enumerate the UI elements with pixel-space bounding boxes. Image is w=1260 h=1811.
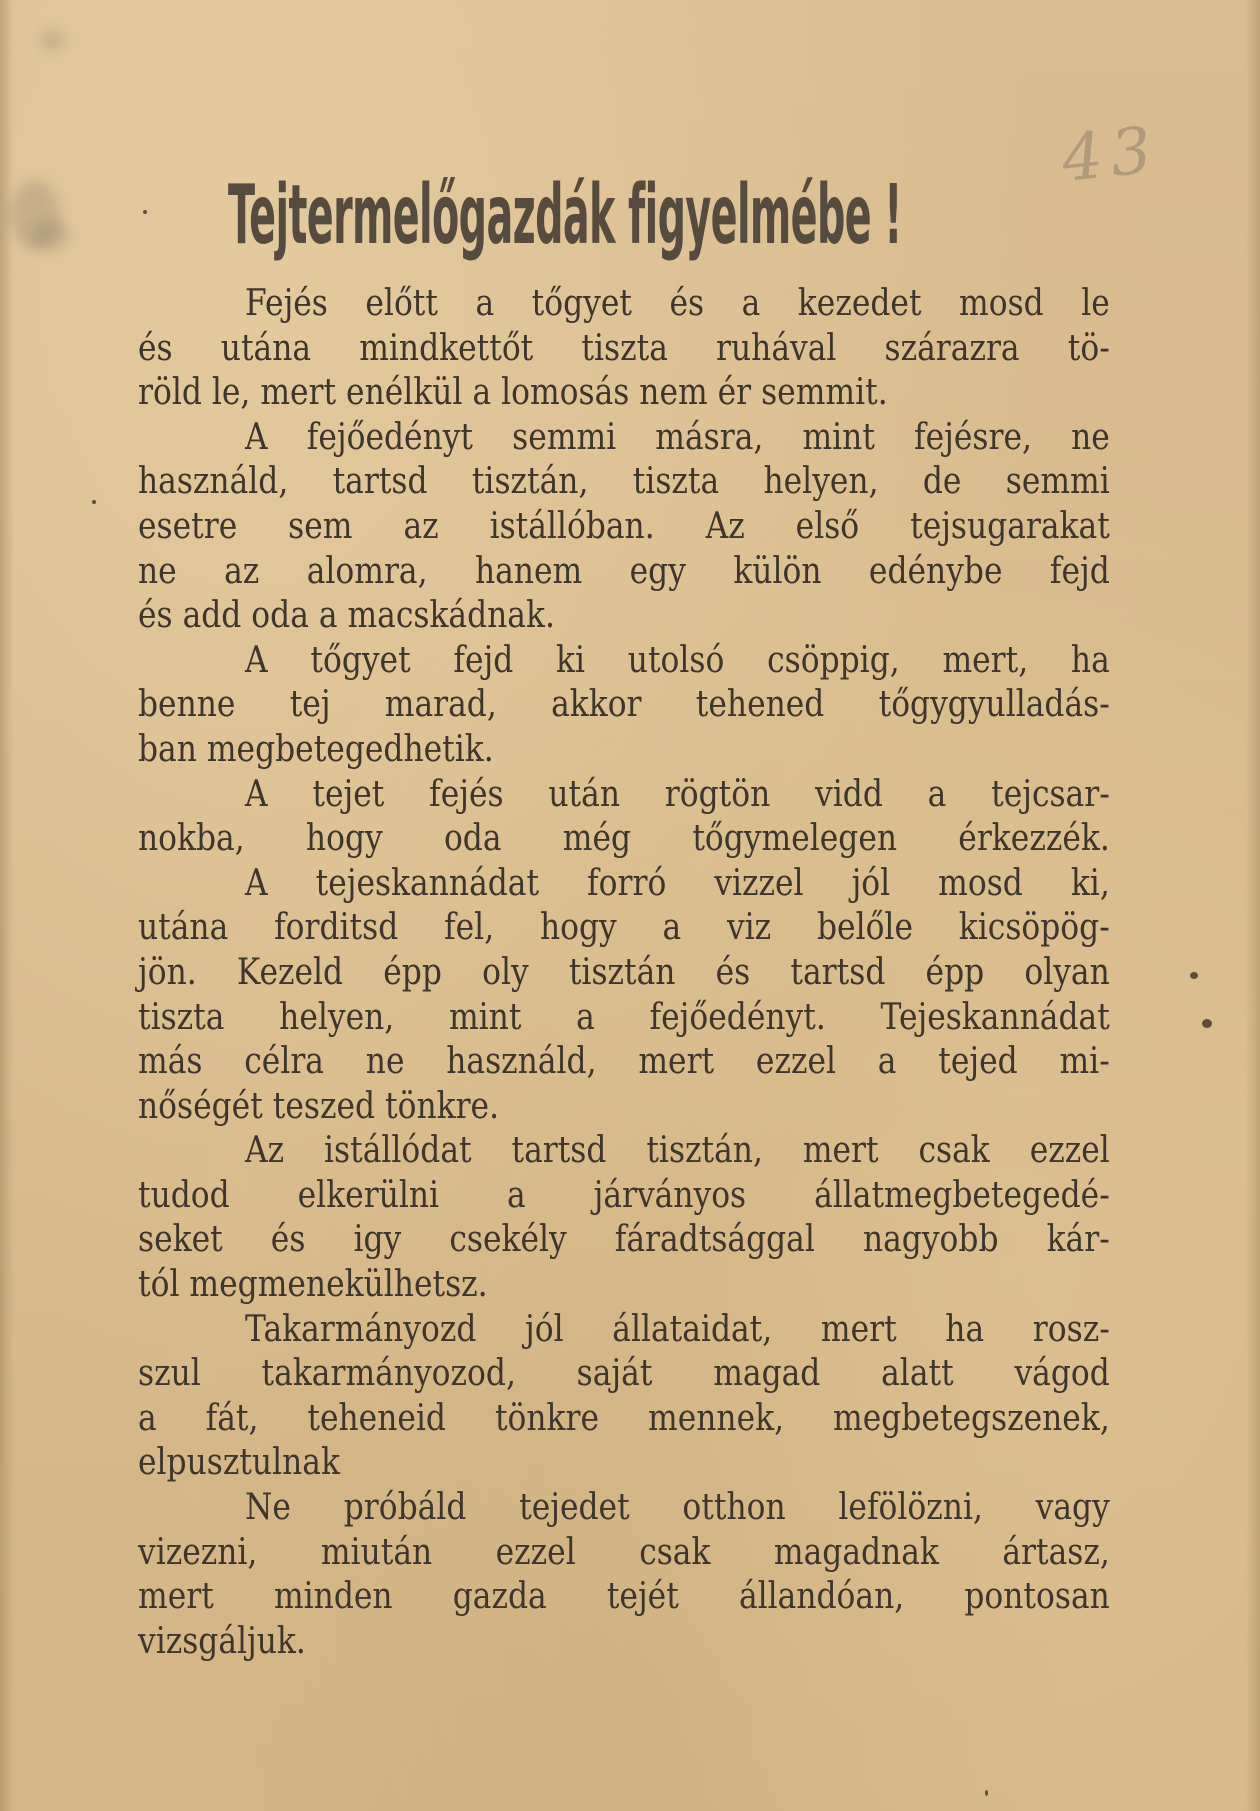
text-line: szul takarmányozod, saját magad alatt vá… (138, 1352, 1110, 1397)
paragraph-feeding: Takarmányozd jól állataidat, mert ha ros… (138, 1308, 1110, 1486)
paragraph-no-skimming: Ne próbáld tejedet otthon lefölözni, vag… (138, 1486, 1110, 1664)
text-line: tól megmenekülhetsz. (138, 1263, 1110, 1308)
paragraph-stable-cleanliness: Az istállódat tartsd tisztán, mert csak … (138, 1129, 1110, 1307)
text-line: Az istállódat tartsd tisztán, mert csak … (138, 1129, 1110, 1174)
paper-right-edge (1246, 0, 1260, 1811)
text-line: a fát, teheneid tönkre mennek, megbetegs… (138, 1397, 1110, 1442)
text-line: tiszta helyen, mint a fejőedényt. Tejesk… (138, 996, 1110, 1041)
text-line: Fejés előtt a tőgyet és a kezedet mosd l… (138, 282, 1110, 327)
text-line: nokba, hogy oda még tőgymelegen érkezzék… (138, 817, 1110, 862)
ink-speck (143, 210, 147, 214)
document-title: Tejtermelőgazdák figyelmébe ! (228, 175, 724, 239)
text-line: mert minden gazda tejét állandóan, ponto… (138, 1575, 1110, 1620)
paragraph-milk-out-fully: A tőgyet fejd ki utolsó csöppig, mert, h… (138, 639, 1110, 773)
text-line: ne az alomra, hanem egy külön edénybe fe… (138, 550, 1110, 595)
text-line: utána forditsd fel, hogy a viz belőle ki… (138, 906, 1110, 951)
text-line: A fejőedényt semmi másra, mint fejésre, … (138, 416, 1110, 461)
paper-left-edge (0, 0, 14, 1811)
paragraph-milk-can: A tejeskannádat forró vizzel jól mosd ki… (138, 862, 1110, 1130)
text-line: és add oda a macskádnak. (138, 594, 1110, 639)
text-line: vizezni, miután ezzel csak magadnak árta… (138, 1531, 1110, 1576)
text-line: használd, tartsd tisztán, tiszta helyen,… (138, 460, 1110, 505)
paragraph-milking-vessel: A fejőedényt semmi másra, mint fejésre, … (138, 416, 1110, 639)
text-line: Ne próbáld tejedet otthon lefölözni, vag… (138, 1486, 1110, 1531)
text-line: más célra ne használd, mert ezzel a teje… (138, 1040, 1110, 1085)
stain (40, 30, 65, 50)
ink-speck (92, 500, 96, 504)
ink-speck (1202, 1019, 1212, 1028)
stain (30, 220, 70, 250)
text-line: vizsgáljuk. (138, 1620, 1110, 1665)
text-line: elpusztulnak (138, 1441, 1110, 1486)
text-line: esetre sem az istállóban. Az első tejsug… (138, 505, 1110, 550)
text-line: A tőgyet fejd ki utolsó csöppig, mert, h… (138, 639, 1110, 684)
paragraph-washing-udder: Fejés előtt a tőgyet és a kezedet mosd l… (138, 282, 1110, 416)
text-line: benne tej marad, akkor tehened tőgygyull… (138, 683, 1110, 728)
text-line: tudod elkerülni a járványos állatmegbete… (138, 1174, 1110, 1219)
paragraph-deliver-milk: A tejet fejés után rögtön vidd a tejcsar… (138, 773, 1110, 862)
text-line: nőségét teszed tönkre. (138, 1085, 1110, 1130)
handwritten-pencil-number: 43 (1058, 113, 1163, 197)
text-line: ban megbetegedhetik. (138, 728, 1110, 773)
text-line: A tejeskannádat forró vizzel jól mosd ki… (138, 862, 1110, 907)
text-line: A tejet fejés után rögtön vidd a tejcsar… (138, 773, 1110, 818)
ink-speck (1190, 972, 1198, 979)
text-line: röld le, mert enélkül a lomosás nem ér s… (138, 371, 1110, 416)
text-line: Takarmányozd jól állataidat, mert ha ros… (138, 1308, 1110, 1353)
document-body: Fejés előtt a tőgyet és a kezedet mosd l… (138, 282, 1110, 1664)
text-line: és utána mindkettőt tiszta ruhával szára… (138, 327, 1110, 372)
ink-speck (985, 1790, 988, 1796)
text-line: jön. Kezeld épp oly tisztán és tartsd ép… (138, 951, 1110, 996)
text-line: seket és igy csekély fáradtsággal nagyob… (138, 1218, 1110, 1263)
